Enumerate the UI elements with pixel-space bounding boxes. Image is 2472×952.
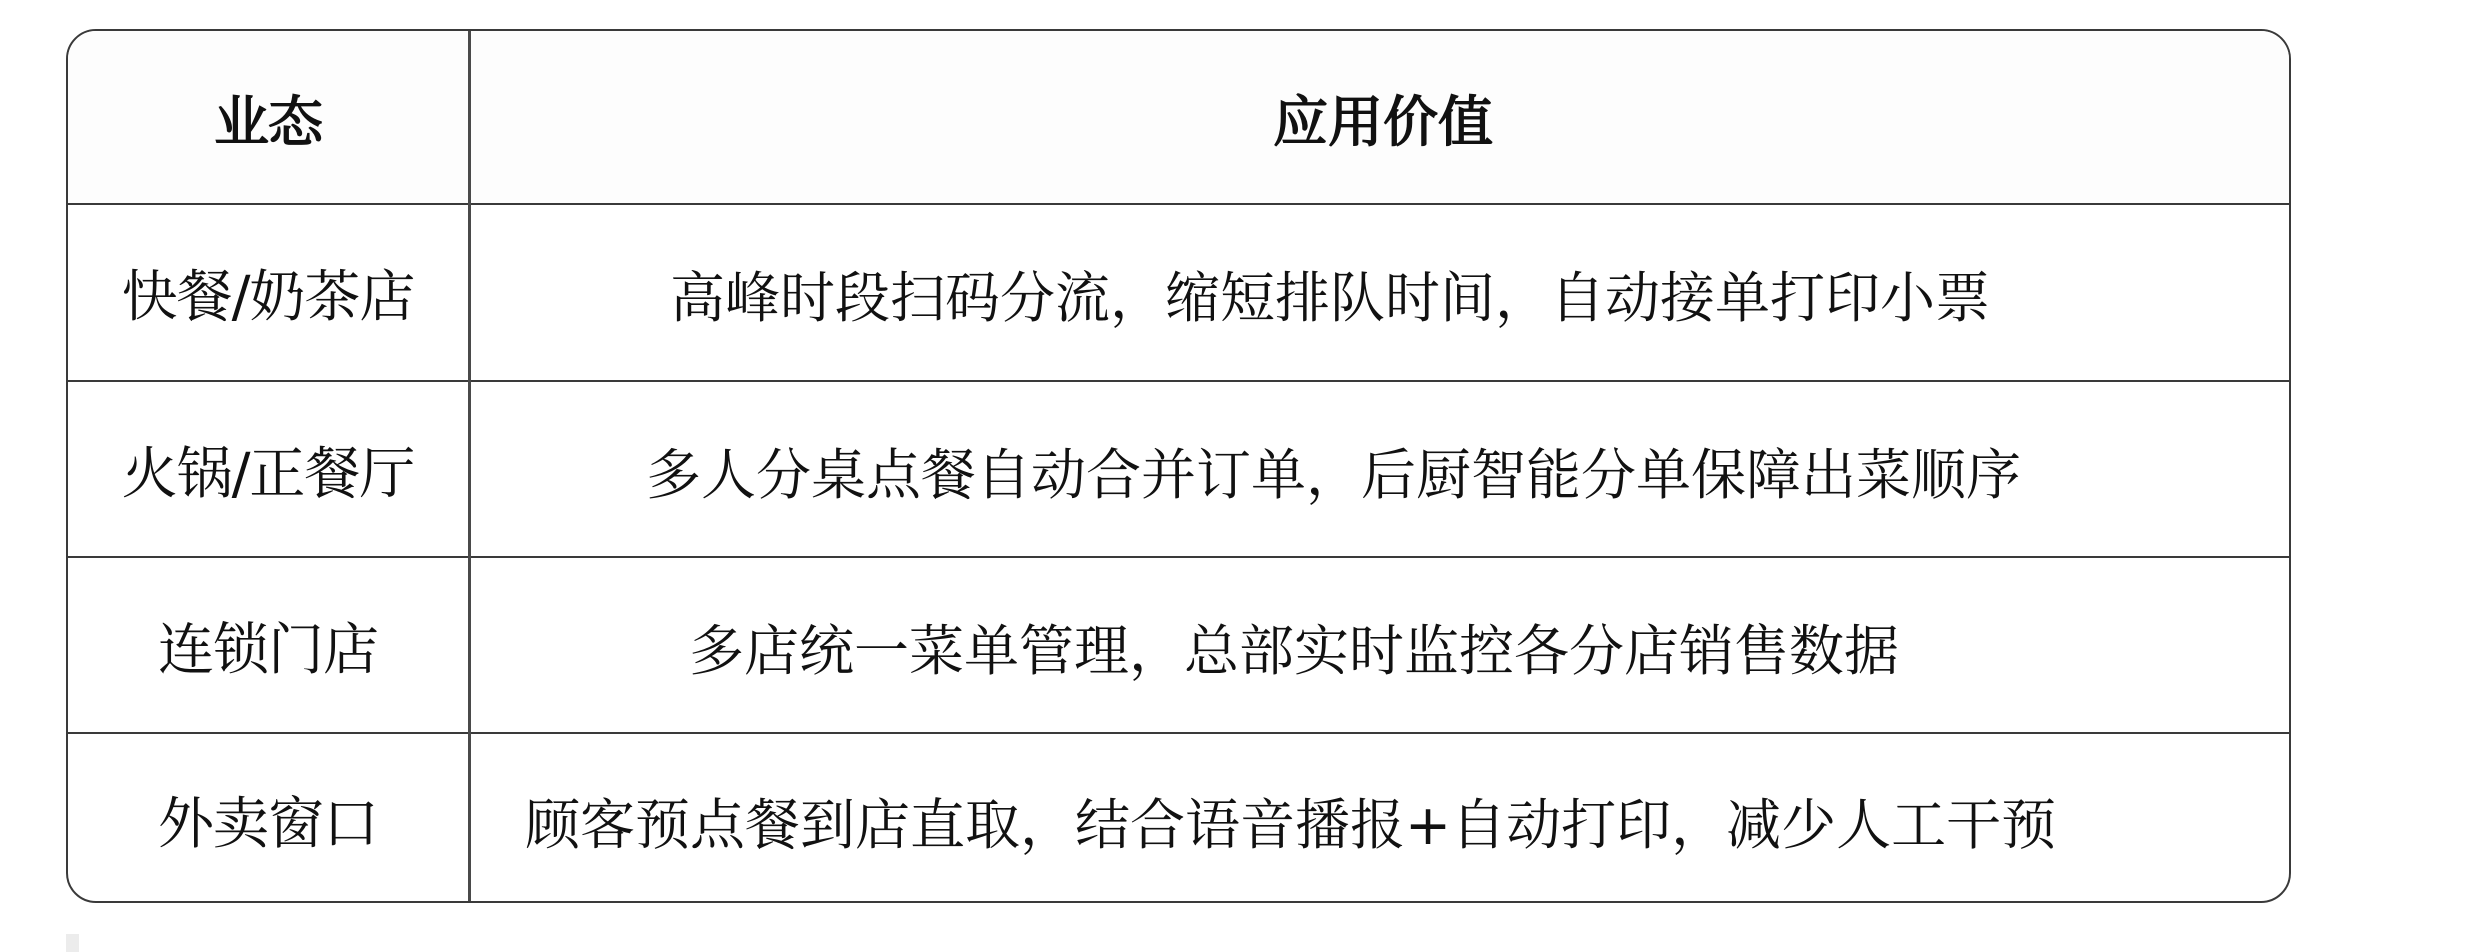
table-row: 快餐/奶茶店 高峰时段扫码分流，缩短排队时间，自动接单打印小票 (68, 205, 2289, 381)
row-application-value: 顾客预点餐到店直取，结合语音播报+自动打印，减少人工干预 (525, 734, 2056, 903)
row-business-type: 连锁门店 (68, 558, 468, 734)
scan-artifact (66, 934, 79, 952)
table-row: 火锅/正餐厅 多人分桌点餐自动合并订单，后厨智能分单保障出菜顺序 (68, 382, 2289, 558)
row-divider (68, 203, 2289, 205)
row-business-type: 火锅/正餐厅 (68, 382, 468, 558)
row-business-type: 外卖窗口 (68, 734, 468, 903)
table-row: 外卖窗口 顾客预点餐到店直取，结合语音播报+自动打印，减少人工干预 (68, 734, 2289, 903)
column-divider (468, 31, 471, 901)
header-application-value: 应用价值 (1273, 31, 1493, 204)
table-row: 连锁门店 多店统一菜单管理，总部实时监控各分店销售数据 (68, 558, 2289, 734)
row-application-value: 多人分桌点餐自动合并订单，后厨智能分单保障出菜顺序 (646, 382, 2021, 558)
row-divider (68, 732, 2289, 734)
header-business-type: 业态 (68, 31, 468, 204)
table-header-row: 业态 应用价值 (68, 31, 2289, 204)
row-application-value: 高峰时段扫码分流，缩短排队时间，自动接单打印小票 (670, 205, 1990, 381)
row-application-value: 多店统一菜单管理，总部实时监控各分店销售数据 (689, 558, 1899, 734)
row-divider (68, 380, 2289, 382)
row-business-type: 快餐/奶茶店 (68, 205, 468, 381)
row-divider (68, 556, 2289, 558)
business-value-table: 业态 应用价值 快餐/奶茶店 高峰时段扫码分流，缩短排队时间，自动接单打印小票 … (66, 29, 2291, 903)
